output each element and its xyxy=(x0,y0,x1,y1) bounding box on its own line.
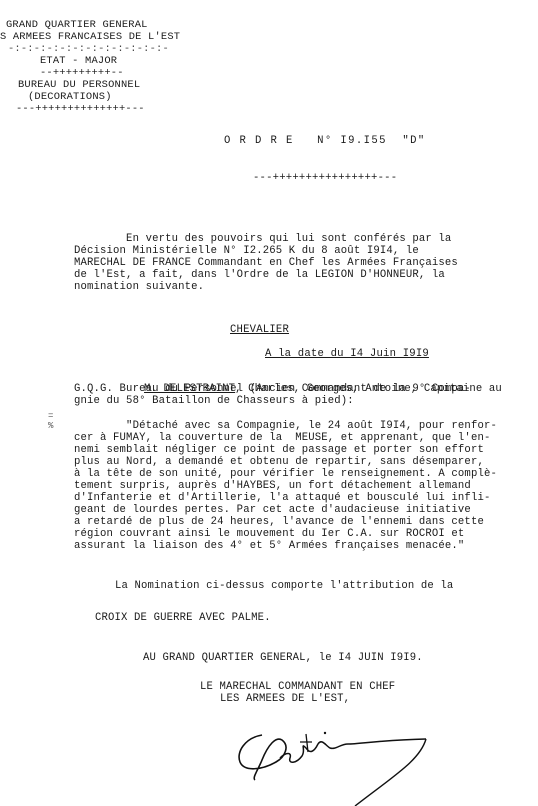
signature-scrawl xyxy=(0,0,538,806)
